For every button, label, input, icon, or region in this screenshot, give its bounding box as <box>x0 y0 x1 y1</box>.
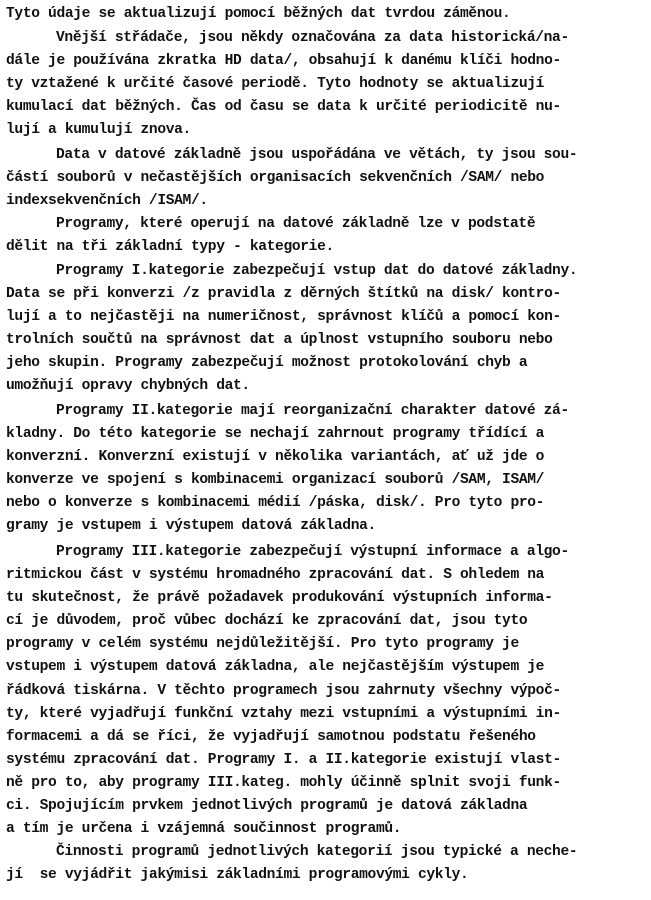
text-line: formacemi a dá se říci, že vyjadřují sam… <box>6 728 536 746</box>
text-line: vstupem i výstupem datová základna, ale … <box>6 658 544 676</box>
text-line: cí je důvodem, proč vůbec dochází ke zpr… <box>6 612 527 630</box>
text-line: dále je používána zkratka HD data/, obsa… <box>6 52 561 70</box>
text-line: ty vztažené k určité časové periodě. Tyt… <box>6 75 544 93</box>
text-line: trolních součtů na správnost dat a úplno… <box>6 331 553 349</box>
text-line: kumulací dat běžných. Čas od času se dat… <box>6 98 561 116</box>
text-line: programy v celém systému nejdůležitější.… <box>6 635 519 653</box>
text-line: lují a kumulují znova. <box>6 121 191 139</box>
text-line: a tím je určena i vzájemná součinnost pr… <box>6 820 401 838</box>
text-line: Činnosti programů jednotlivých kategorií… <box>56 843 577 861</box>
typewritten-page: Tyto údaje se aktualizují pomocí běžných… <box>0 0 651 900</box>
text-line: Tyto údaje se aktualizují pomocí běžných… <box>6 5 510 23</box>
text-line: částí souborů v nečastějších organisacíc… <box>6 169 544 187</box>
text-line: lují a to nejčastěji na numeričnost, spr… <box>6 308 561 326</box>
text-line: konverzní. Konverzní existují v několika… <box>6 448 544 466</box>
text-line: jí se vyjádřit jakýmisi základními progr… <box>6 866 468 884</box>
text-line: ci. Spojujícím prvkem jednotlivých progr… <box>6 797 527 815</box>
text-line: Programy III.kategorie zabezpečují výstu… <box>56 543 569 561</box>
text-line: ritmickou část v systému hromadného zpra… <box>6 566 544 584</box>
text-line: jeho skupin. Programy zabezpečují možnos… <box>6 354 527 372</box>
text-line: umožňují opravy chybných dat. <box>6 377 250 395</box>
text-line: dělit na tři základní typy - kategorie. <box>6 238 334 256</box>
text-line: ty, které vyjadřují funkční vztahy mezi … <box>6 705 561 723</box>
text-line: Data v datové základně jsou uspořádána v… <box>56 146 577 164</box>
text-line: ně pro to, aby programy III.kateg. mohly… <box>6 774 561 792</box>
text-line: indexsekvenčních /ISAM/. <box>6 192 208 210</box>
text-line: Programy II.kategorie mají reorganizační… <box>56 402 569 420</box>
text-line: nebo o konverze s kombinacemi médií /pás… <box>6 494 544 512</box>
text-line: systému zpracování dat. Programy I. a II… <box>6 751 561 769</box>
text-line: tu skutečnost, že právě požadavek produk… <box>6 589 553 607</box>
text-line: Programy, které operují na datové základ… <box>56 215 535 233</box>
text-line: kladny. Do této kategorie se nechají zah… <box>6 425 544 443</box>
text-line: Programy I.kategorie zabezpečují vstup d… <box>56 262 577 280</box>
text-line: Data se při konverzi /z pravidla z děrný… <box>6 285 561 303</box>
text-line: Vnější střádače, jsou někdy označována z… <box>56 29 569 47</box>
text-line: gramy je vstupem i výstupem datová zákla… <box>6 517 376 535</box>
text-line: řádková tiskárna. V těchto programech js… <box>6 682 561 700</box>
text-line: konverze ve spojení s kombinacemi organi… <box>6 471 544 489</box>
